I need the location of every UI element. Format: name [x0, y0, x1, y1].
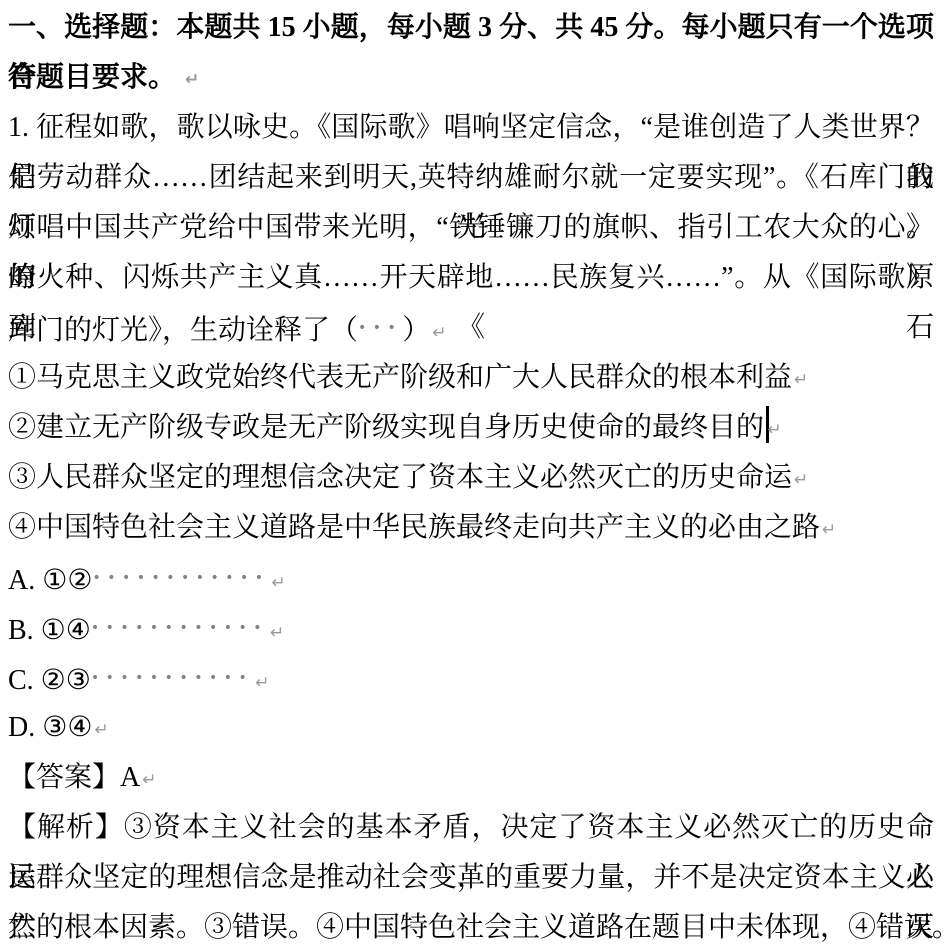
text-line: 的火种、闪烁共产主义真……开天辟地……民族复兴……”。从《国际歌》到《石	[8, 253, 934, 303]
return-mark-icon: ↵	[253, 673, 269, 693]
space-dots-mark: •••••••••••	[91, 670, 253, 686]
text-run: A. ①②	[8, 565, 92, 596]
space-dots-mark: ••••••••••••	[91, 620, 268, 636]
text-line: D. ③④↵	[8, 703, 934, 753]
return-mark-icon: ↵	[92, 720, 108, 740]
text-run: ）	[402, 315, 430, 346]
text-run: B. ①④	[8, 615, 91, 646]
text-run: ①马克思主义政党始终代表无产阶级和广大人民群众的根本利益	[8, 362, 792, 393]
text-run: ④中国特色社会主义道路是中华民族最终走向共产主义的必由之路	[8, 512, 820, 543]
text-line: 颂唱中国共产党给中国带来光明，“铁锤镰刀的旗帜、指引工农大众的心。燎原	[8, 203, 934, 253]
text-line: 亡的根本因素。③错误。④中国特色社会主义道路在题目中未体现，④错误。 ↵	[8, 903, 934, 951]
text-line: ②建立无产阶级专政是无产阶级实现自身历史使命的最终目的↵	[8, 403, 934, 453]
return-mark-icon: ↵	[270, 573, 286, 593]
text-run: 合题目要求。	[8, 62, 183, 93]
return-mark-icon: ↵	[140, 770, 156, 790]
text-line: B. ①④••••••••••••↵	[8, 603, 934, 653]
text-line: 合题目要求。 ↵	[8, 53, 934, 103]
text-line: 一、选择题：本题共 15 小题，每小题 3 分、共 45 分。每小题只有一个选项…	[8, 3, 934, 53]
text-run: ③人民群众坚定的理想信念决定了资本主义必然灭亡的历史命运	[8, 462, 792, 493]
space-dots-mark: ••••••••••••	[92, 570, 269, 586]
return-mark-icon: ↵	[183, 70, 199, 90]
text-run: 【答案】A	[8, 762, 140, 793]
text-line: A. ①②••••••••••••↵	[8, 553, 934, 603]
text-run: C. ②③	[8, 665, 91, 696]
text-run: 库门的灯光》，生动诠释了（	[8, 315, 358, 346]
text-line: 1. 征程如歌，歌以咏史。《国际歌》唱响坚定信念，“是谁创造了人类世界？是我	[8, 103, 934, 153]
return-mark-icon: ↵	[792, 470, 808, 490]
text-line: ④中国特色社会主义道路是中华民族最终走向共产主义的必由之路↵	[8, 503, 934, 553]
text-line: 【解析】③资本主义社会的基本矛盾，决定了资本主义必然灭亡的历史命运，人	[8, 803, 934, 853]
return-mark-icon: ↵	[820, 520, 836, 540]
text-line: ③人民群众坚定的理想信念决定了资本主义必然灭亡的历史命运↵	[8, 453, 934, 503]
text-line: 们劳动群众……团结起来到明天,英特纳雄耐尔就一定要实现”。《石库门的灯光》	[8, 153, 934, 203]
text-run: ②建立无产阶级专政是无产阶级实现自身历史使命的最终目的	[8, 412, 764, 443]
text-line: 民群众坚定的理想信念是推动社会变革的重要力量，并不是决定资本主义必然灭	[8, 853, 934, 903]
text-line: 【答案】A↵	[8, 753, 934, 803]
return-mark-icon: ↵	[792, 370, 808, 390]
text-run: D. ③④	[8, 712, 92, 743]
text-line: ①马克思主义政党始终代表无产阶级和广大人民群众的根本利益↵	[8, 353, 934, 403]
text-run: 亡的根本因素。③错误。④中国特色社会主义道路在题目中未体现，④错误。	[8, 912, 950, 943]
return-mark-icon: ↵	[268, 623, 284, 643]
text-line: C. ②③•••••••••••↵	[8, 653, 934, 703]
space-dots-mark: •••	[358, 320, 402, 336]
return-mark-icon: ↵	[766, 420, 782, 440]
return-mark-icon: ↵	[430, 323, 446, 343]
document-page[interactable]: 一、选择题：本题共 15 小题，每小题 3 分、共 45 分。每小题只有一个选项…	[0, 0, 950, 951]
